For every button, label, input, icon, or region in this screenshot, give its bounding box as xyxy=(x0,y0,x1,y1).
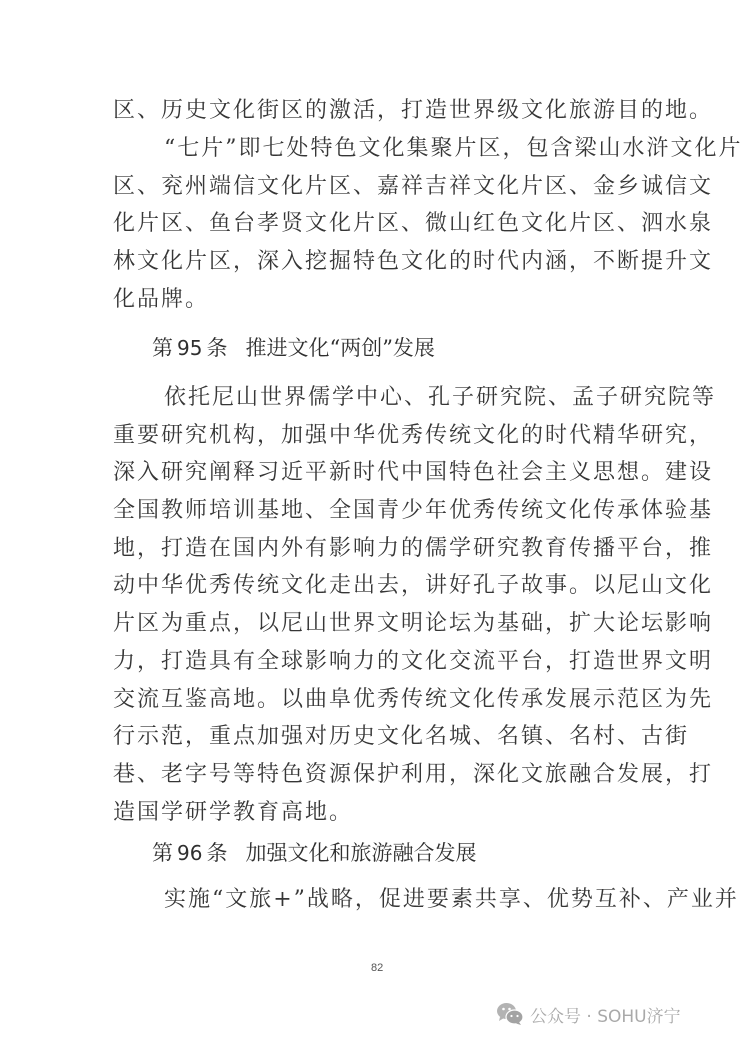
text-line: 区、兖州端信文化片区、嘉祥吉祥文化片区、金乡诚信文 xyxy=(113,168,625,206)
text-line: 全国教师培训基地、全国青少年优秀传统文化传承体验基 xyxy=(113,492,625,530)
article-suffix: 条 xyxy=(206,841,227,865)
text-line: 交流互鉴高地。以曲阜优秀传统文化传承发展示范区为先 xyxy=(113,681,625,719)
text-line: 造国学研学教育高地。 xyxy=(113,794,625,832)
text-line: 行示范，重点加强对历史文化名城、名镇、名村、古街 xyxy=(113,718,625,756)
text-line: 重要研究机构，加强中华优秀传统文化的时代精华研究， xyxy=(113,417,625,455)
article-number: 96 xyxy=(177,841,202,865)
text-line: 动中华优秀传统文化走出去，讲好孔子故事。以尼山文化 xyxy=(113,567,625,605)
article-96-heading: 第96条加强文化和旅游融合发展 xyxy=(152,838,476,868)
article-prefix: 第 xyxy=(152,841,173,865)
article-title: 推进文化“两创”发展 xyxy=(245,336,434,360)
text-line: 地，打造在国内外有影响力的儒学研究教育传播平台，推 xyxy=(113,530,625,568)
text-line: 化片区、鱼台孝贤文化片区、微山红色文化片区、泗水泉 xyxy=(113,205,625,243)
article-95-heading: 第95条推进文化“两创”发展 xyxy=(152,333,435,363)
document-page: 区、历史文化街区的激活，打造世界级文化旅游目的地。 “七片”即七处特色文化集聚片… xyxy=(0,0,740,1047)
article-title: 加强文化和旅游融合发展 xyxy=(245,841,476,865)
article-suffix: 条 xyxy=(206,336,227,360)
paragraph-1: 区、历史文化街区的激活，打造世界级文化旅游目的地。 xyxy=(113,92,625,130)
text-line: 力，打造具有全球影响力的文化交流平台，打造世界文明 xyxy=(113,643,625,681)
text-line: “七片”即七处特色文化集聚片区，包含梁山水浒文化片 xyxy=(113,130,625,168)
text-line: 深入研究阐释习近平新时代中国特色社会主义思想。建设 xyxy=(113,454,625,492)
watermark: 公众号 · SOHU济宁 xyxy=(496,1001,681,1027)
article-prefix: 第 xyxy=(152,336,173,360)
article-number: 95 xyxy=(177,336,202,360)
paragraph-2: “七片”即七处特色文化集聚片区，包含梁山水浒文化片 区、兖州端信文化片区、嘉祥吉… xyxy=(113,130,625,318)
watermark-text: 公众号 · SOHU济宁 xyxy=(530,1002,681,1027)
page-number: 82 xyxy=(371,962,383,974)
wechat-icon xyxy=(496,1002,524,1026)
text-line: 区、历史文化街区的激活，打造世界级文化旅游目的地。 xyxy=(113,92,625,130)
text-line: 片区为重点，以尼山世界文明论坛为基础，扩大论坛影响 xyxy=(113,605,625,643)
text-line: 化品牌。 xyxy=(113,281,625,319)
paragraph-3: 依托尼山世界儒学中心、孔子研究院、孟子研究院等 重要研究机构，加强中华优秀传统文… xyxy=(113,379,625,831)
text-line: 林文化片区，深入挖掘特色文化的时代内涵，不断提升文 xyxy=(113,243,625,281)
text-line: 依托尼山世界儒学中心、孔子研究院、孟子研究院等 xyxy=(113,379,625,417)
text-line: 巷、老字号等特色资源保护利用，深化文旅融合发展，打 xyxy=(113,756,625,794)
paragraph-4: 实施“文旅+”战略，促进要素共享、优势互补、产业并 xyxy=(113,881,625,919)
text-line: 实施“文旅+”战略，促进要素共享、优势互补、产业并 xyxy=(113,881,625,919)
